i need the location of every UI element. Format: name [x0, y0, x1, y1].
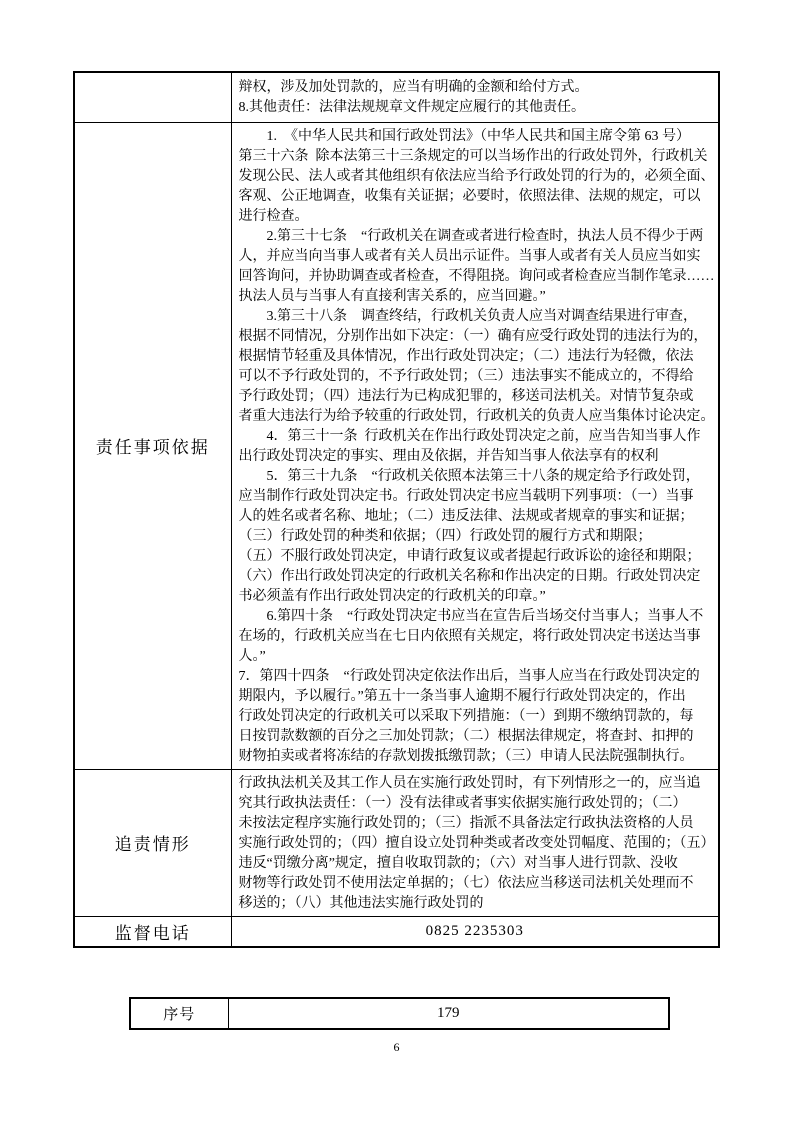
text-line: 在场的，行政机关应当在七日内依照有关规定，将行政处罚决定书送达当事 — [239, 627, 715, 647]
text-line: 1. 《中华人民共和国行政处罚法》（中华人民共和国主席令第 63 号） — [239, 127, 715, 147]
text-line: 根据不同情况，分别作出如下决定：（一）确有应受行政处罚的违法行为的， — [239, 327, 715, 347]
basis-text: 1. 《中华人民共和国行政处罚法》（中华人民共和国主席令第 63 号）第三十六条… — [231, 122, 719, 769]
text-line: 财物等行政处罚不使用法定单据的；（七）依法应当移送司法机关处理而不 — [239, 874, 715, 894]
continuation-text: 辩权，涉及加处罚款的，应当有明确的金额和给付方式。8.其他责任：法律法规规章文件… — [231, 72, 719, 122]
text-line: 期限内，予以履行。”第五十一条当事人逾期不履行行政处罚决定的，作出 — [239, 687, 715, 707]
text-line: 出行政处罚决定的事实、理由及依据，并告知当事人依法享有的权利 — [239, 447, 715, 467]
text-line: 行政处罚决定的行政机关可以采取下列措施：（一）到期不缴纳罚款的，每 — [239, 707, 715, 727]
text-line: 日按罚款数额的百分之三加处罚款；（二）根据法律规定，将查封、扣押的 — [239, 727, 715, 747]
row-label-accountability: 追责情形 — [74, 769, 231, 916]
text-line: 第三十六条 除本法第三十三条规定的可以当场作出的行政处罚外，行政机关 — [239, 147, 715, 167]
row-label-empty — [74, 72, 231, 122]
text-line: 人，并应当向当事人或者有关人员出示证件。当事人或者有关人员应当如实 — [239, 247, 715, 267]
text-line: 8.其他责任：法律法规规章文件规定应履行的其他责任。 — [239, 98, 715, 118]
text-line: 人的姓名或者名称、地址；（二）违反法律、法规或者规章的事实和证据； — [239, 507, 715, 527]
text-line: 进行检查。 — [239, 207, 715, 227]
text-line: 根据情节轻重及具体情况，作出行政处罚决定；（二）违法行为轻微，依法 — [239, 347, 715, 367]
table-row-continuation: 辩权，涉及加处罚款的，应当有明确的金额和给付方式。8.其他责任：法律法规规章文件… — [74, 72, 719, 122]
text-line: 客观、公正地调查，收集有关证据；必要时，依照法律、法规的规定，可以 — [239, 187, 715, 207]
text-line: 辩权，涉及加处罚款的，应当有明确的金额和给付方式。 — [239, 78, 715, 98]
serial-number-table: 序号 179 — [129, 997, 670, 1030]
serial-row: 序号 179 — [130, 998, 669, 1029]
table-row-basis: 责任事项依据 1. 《中华人民共和国行政处罚法》（中华人民共和国主席令第 63 … — [74, 122, 719, 769]
table-row-phone: 监督电话 0825 2235303 — [74, 916, 719, 947]
text-line: 6.第四十条 “行政处罚决定书应当在宣告后当场交付当事人；当事人不 — [239, 607, 715, 627]
text-line: （六）作出行政处罚决定的行政机关名称和作出决定的日期。行政处罚决定 — [239, 567, 715, 587]
text-line: 未按法定程序实施行政处罚的；（三）指派不具备法定行政执法资格的人员 — [239, 814, 715, 834]
row-label-basis: 责任事项依据 — [74, 122, 231, 769]
text-line: 发现公民、法人或者其他组织有依法应当给予行政处罚的行为的，必须全面、 — [239, 167, 715, 187]
text-line: 应当制作行政处罚决定书。行政处罚决定书应当载明下列事项：（一）当事 — [239, 487, 715, 507]
document-page: 辩权，涉及加处罚款的，应当有明确的金额和给付方式。8.其他责任：法律法规规章文件… — [0, 0, 793, 1122]
serial-label: 序号 — [130, 998, 228, 1029]
text-line: 人。” — [239, 647, 715, 667]
text-line: 4．第三十一条 行政机关在作出行政处罚决定之前，应当告知当事人作 — [239, 427, 715, 447]
text-line: 移送的；（八）其他违法实施行政处罚的 — [239, 894, 715, 914]
text-line: 3.第三十八条 调查终结，行政机关负责人应当对调查结果进行审查， — [239, 307, 715, 327]
accountability-text: 行政执法机关及其工作人员在实施行政处罚时，有下列情形之一的，应当追究其行政执法责… — [231, 769, 719, 916]
serial-value: 179 — [228, 998, 669, 1029]
text-line: 财物拍卖或者将冻结的存款划拨抵缴罚款；（三）申请人民法院强制执行。 — [239, 747, 715, 767]
text-line: 2.第三十七条 “行政机关在调查或者进行检查时，执法人员不得少于两 — [239, 227, 715, 247]
text-line: 予行政处罚；（四）违法行为已构成犯罪的，移送司法机关。对情节复杂或 — [239, 387, 715, 407]
text-line: 实施行政处罚的；（四）擅自设立处罚种类或者改变处罚幅度、范围的；（五） — [239, 834, 715, 854]
page-number: 6 — [0, 1040, 793, 1055]
text-line: 违反“罚缴分离”规定，擅自收取罚款的；（六）对当事人进行罚款、没收 — [239, 854, 715, 874]
supervision-phone-number: 0825 2235303 — [231, 916, 719, 947]
text-line: 5．第三十九条 “行政机关依照本法第三十八条的规定给予行政处罚， — [239, 467, 715, 487]
text-line: 者重大违法行为给予较重的行政处罚，行政机关的负责人应当集体讨论决定。 — [239, 407, 715, 427]
text-line: 回答询问，并协助调查或者检查，不得阻挠。询问或者检查应当制作笔录…… — [239, 267, 715, 287]
text-line: 7．第四十四条 “行政处罚决定依法作出后，当事人应当在行政处罚决定的 — [239, 667, 715, 687]
table-row-accountability: 追责情形 行政执法机关及其工作人员在实施行政处罚时，有下列情形之一的，应当追究其… — [74, 769, 719, 916]
responsibility-table: 辩权，涉及加处罚款的，应当有明确的金额和给付方式。8.其他责任：法律法规规章文件… — [73, 71, 720, 948]
text-line: 行政执法机关及其工作人员在实施行政处罚时，有下列情形之一的，应当追 — [239, 774, 715, 794]
text-line: 可以不予行政处罚的，不予行政处罚；（三）违法事实不能成立的，不得给 — [239, 367, 715, 387]
text-line: （五）不服行政处罚决定，申请行政复议或者提起行政诉讼的途径和期限； — [239, 547, 715, 567]
text-line: 究其行政执法责任：（一）没有法律或者事实依据实施行政处罚的；（二） — [239, 794, 715, 814]
text-line: 执法人员与当事人有直接利害关系的，应当回避。” — [239, 287, 715, 307]
text-line: （三）行政处罚的种类和依据；（四）行政处罚的履行方式和期限； — [239, 527, 715, 547]
text-line: 书必须盖有作出行政处罚决定的行政机关的印章。” — [239, 587, 715, 607]
row-label-phone: 监督电话 — [74, 916, 231, 947]
